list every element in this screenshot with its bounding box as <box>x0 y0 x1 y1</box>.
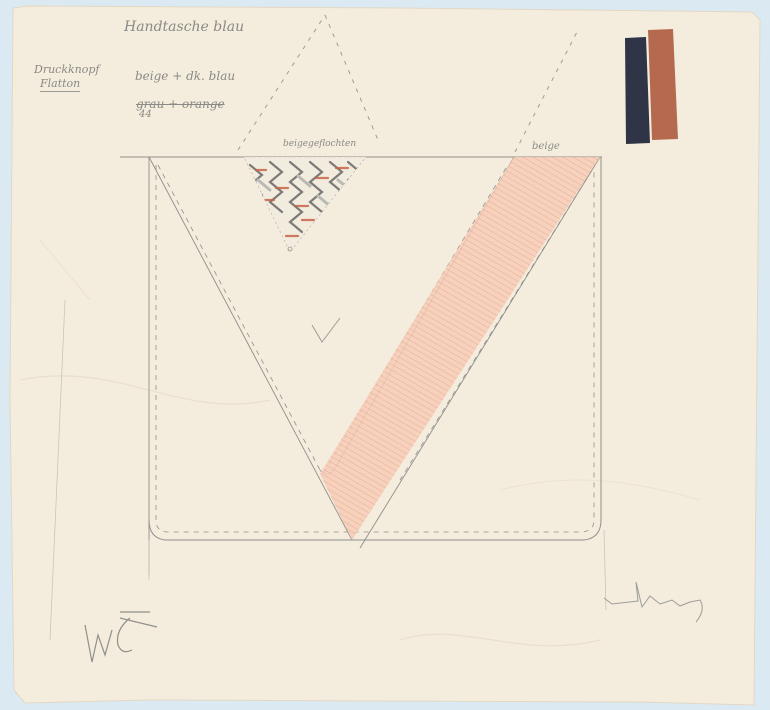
left-note-line1: Druckknopf <box>34 64 99 75</box>
number-note: 44 <box>139 110 152 120</box>
title-note: Handtasche blau <box>124 20 244 34</box>
material-note: beige + dk. blau <box>135 70 235 82</box>
sketch-drawing <box>0 0 770 710</box>
band-label: beige <box>532 142 560 152</box>
left-note-line2: Flatton <box>40 78 80 92</box>
swatch-rust <box>648 29 678 140</box>
swatch-dark-blue <box>625 37 650 144</box>
artwork-canvas: Handtasche blau Druckknopf Flatton beige… <box>0 0 770 710</box>
triangle-label: beigegeflochten <box>283 140 356 149</box>
